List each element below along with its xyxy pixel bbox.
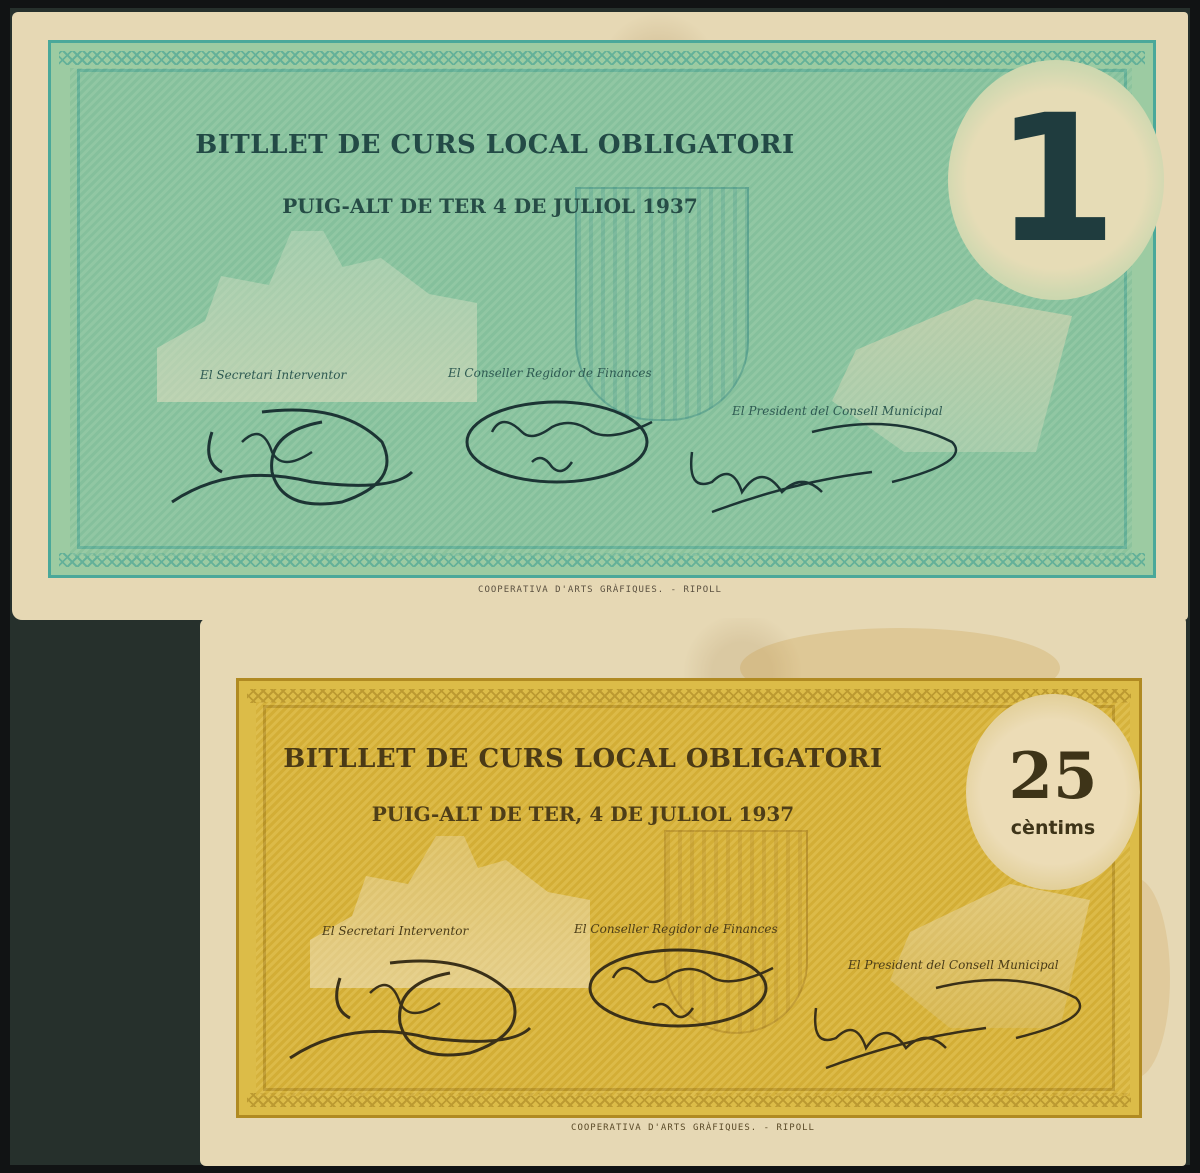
- coat-of-arms-shield: [575, 187, 749, 421]
- signature-councillor: [578, 938, 788, 1038]
- banknote-2: BITLLET DE CURS LOCAL OBLIGATORI PUIG-AL…: [200, 618, 1186, 1166]
- printer-imprint: COOPERATIVA D'ARTS GRÀFIQUES. - RIPOLL: [200, 1123, 1186, 1133]
- denomination-value: 1: [995, 92, 1117, 268]
- denomination-value: 25: [1008, 745, 1097, 809]
- signature-caption-councillor: El Conseller Regidor de Finances: [574, 922, 778, 936]
- signature-secretary: [152, 392, 432, 522]
- denomination-medallion: 25 cèntims: [966, 694, 1140, 890]
- printer-imprint: COOPERATIVA D'ARTS GRÀFIQUES. - RIPOLL: [12, 585, 1188, 595]
- signature-caption-secretary: El Secretari Interventor: [200, 368, 346, 382]
- zigzag-border-top: [247, 689, 1131, 703]
- denomination-unit: cèntims: [1011, 817, 1095, 839]
- signature-president: [796, 968, 1096, 1078]
- signature-secretary: [280, 948, 550, 1068]
- banknote-1: BITLLET DE CURS LOCAL OBLIGATORI PUIG-AL…: [12, 12, 1188, 620]
- signature-councillor: [452, 387, 672, 497]
- signature-president: [672, 412, 972, 532]
- denomination-medallion: 1: [948, 60, 1164, 300]
- signature-caption-councillor: El Conseller Regidor de Finances: [448, 366, 652, 380]
- signature-caption-secretary: El Secretari Interventor: [322, 924, 468, 938]
- zigzag-border-top: [59, 51, 1145, 65]
